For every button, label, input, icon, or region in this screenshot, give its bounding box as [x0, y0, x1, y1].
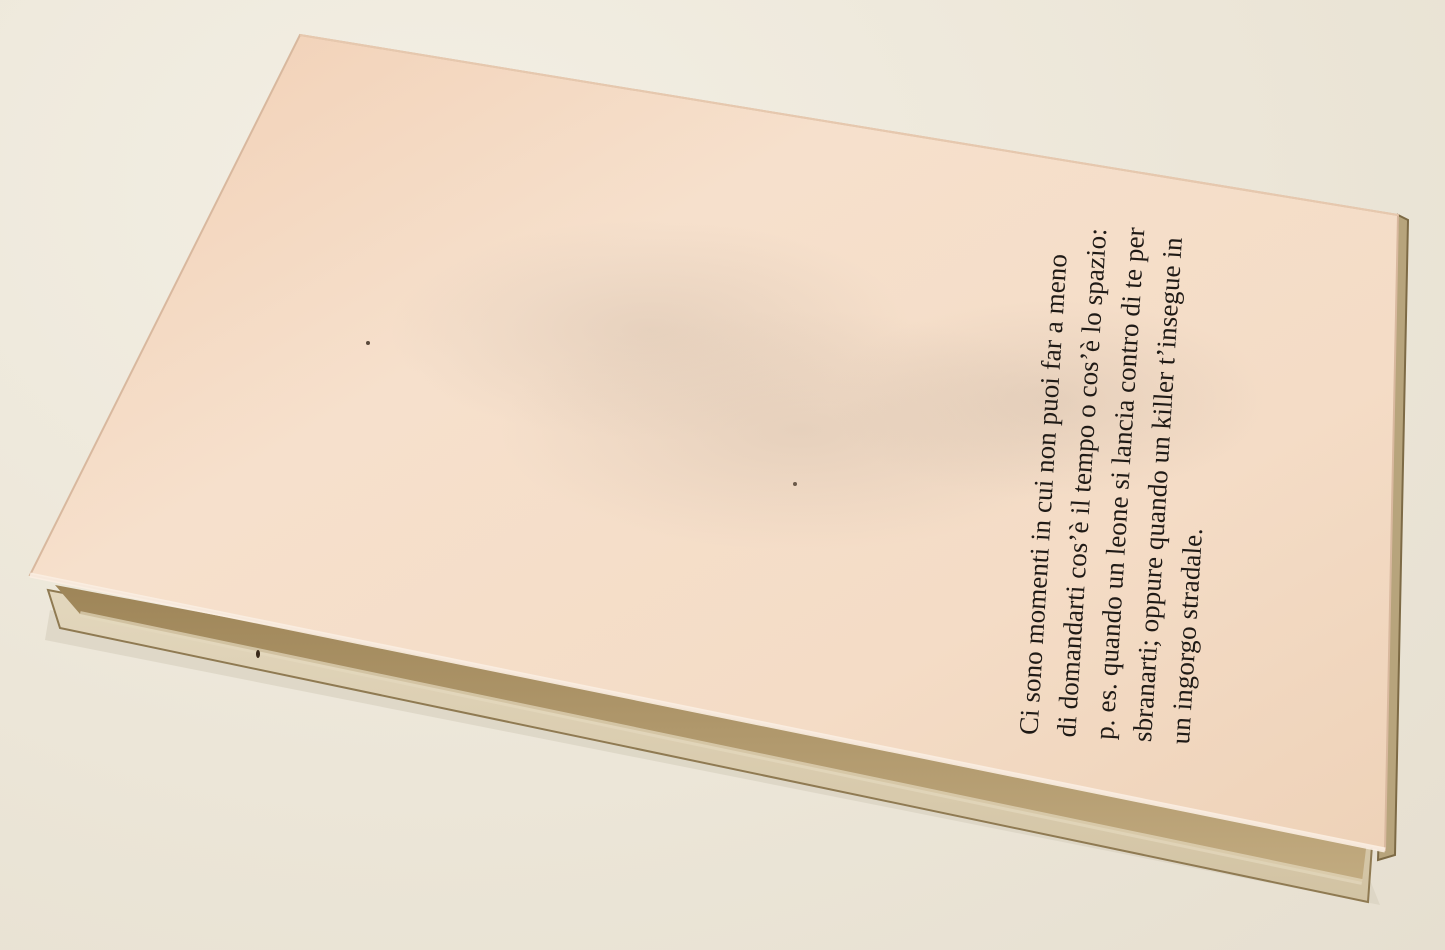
back-cover-blurb: Ci sono momenti in cui non puoi far a me… — [1009, 215, 1230, 746]
book — [0, 0, 1445, 950]
photo-scene: Ci sono momenti in cui non puoi far a me… — [0, 0, 1445, 950]
